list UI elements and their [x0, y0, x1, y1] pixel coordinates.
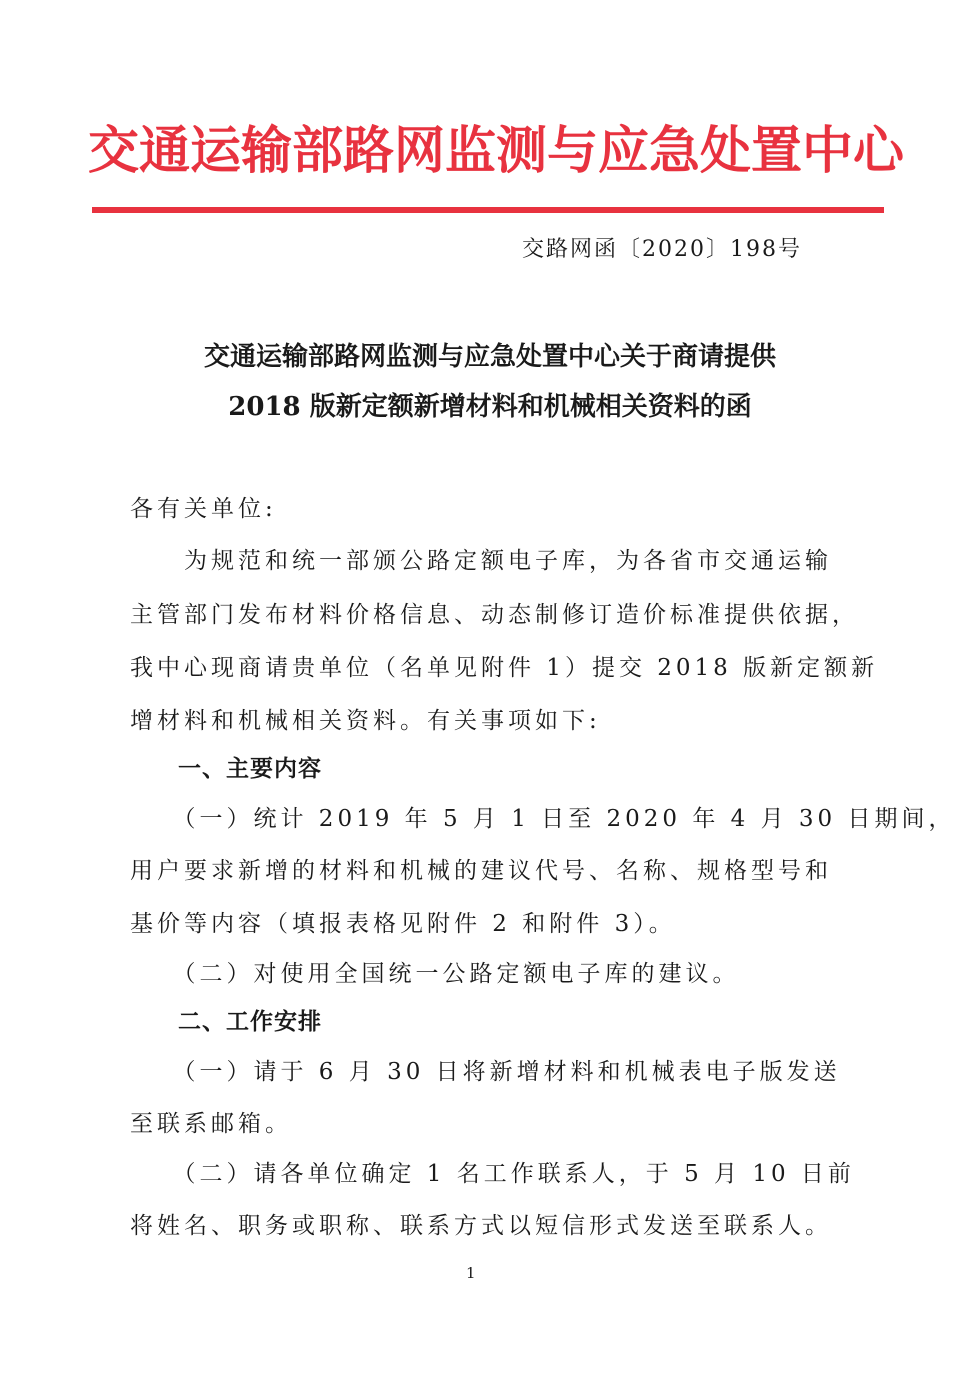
- body-line: 增材料和机械相关资料。有关事项如下:: [130, 702, 820, 735]
- body-line: （二）对使用全国统一公路定额电子库的建议。: [130, 955, 820, 988]
- body-line: 用户要求新增的材料和机械的建议代号、名称、规格型号和: [130, 852, 820, 885]
- section-heading-main-content: 一、主要内容: [130, 750, 820, 783]
- body-line: 将姓名、职务或职称、联系方式以短信形式发送至联系人。: [130, 1207, 820, 1240]
- page-number: 1: [466, 1264, 476, 1282]
- body-line: （二）请各单位确定 1 名工作联系人，于 5 月 10 日前: [130, 1155, 820, 1188]
- letterhead-red-rule: [92, 207, 884, 213]
- body-line: 基价等内容（填报表格见附件 2 和附件 3）。: [130, 905, 820, 938]
- document-title-line-2: 2018 版新定额新增材料和机械相关资料的函: [0, 386, 980, 423]
- section-heading-work-arrangement: 二、工作安排: [130, 1003, 820, 1036]
- body-line: （一）请于 6 月 30 日将新增材料和机械表电子版发送: [130, 1053, 820, 1086]
- document-title-line-1: 交通运输部路网监测与应急处置中心关于商请提供: [0, 336, 980, 373]
- body-line: 主管部门发布材料价格信息、动态制修订造价标准提供依据，: [130, 596, 820, 629]
- body-line: 我中心现商请贵单位（名单见附件 1）提交 2018 版新定额新: [130, 649, 820, 682]
- body-line: （一）统计 2019 年 5 月 1 日至 2020 年 4 月 30 日期间，: [130, 800, 820, 833]
- letterhead-org-name: 交通运输部路网监测与应急处置中心: [88, 126, 888, 177]
- body-line: 至联系邮箱。: [130, 1105, 820, 1138]
- salutation: 各有关单位:: [130, 490, 820, 523]
- body-line: 为规范和统一部颁公路定额电子库，为各省市交通运输: [130, 542, 820, 575]
- document-number: 交路网函〔2020〕198号: [522, 232, 802, 263]
